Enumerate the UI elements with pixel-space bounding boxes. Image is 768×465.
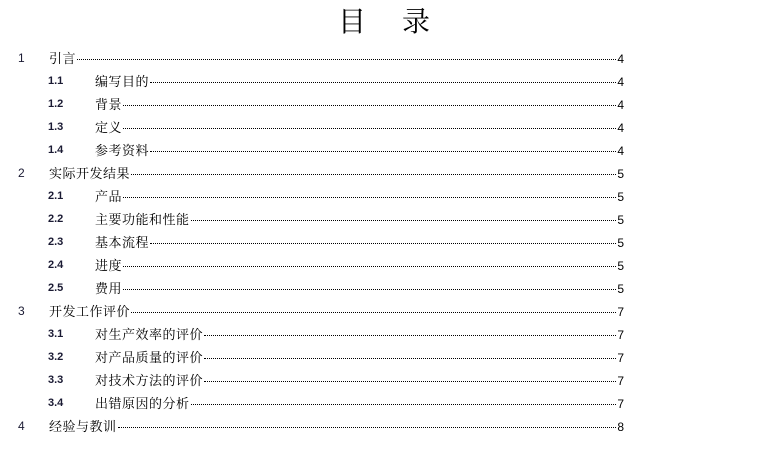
toc-entry-number: 3.3 xyxy=(48,374,63,386)
toc-entry-page: 4 xyxy=(617,52,624,66)
dot-leader xyxy=(123,289,616,290)
dot-leader xyxy=(123,128,616,129)
toc-entry-number: 3 xyxy=(18,304,25,318)
toc-entry-body: 编写目的 4 xyxy=(95,71,624,90)
toc-entry-2-1[interactable]: 2.1 产品 5 xyxy=(0,184,768,207)
toc-entry-2-3[interactable]: 2.3 基本流程 5 xyxy=(0,230,768,253)
dot-leader xyxy=(204,335,616,336)
toc-entry-3-2[interactable]: 3.2 对产品质量的评价 7 xyxy=(0,345,768,368)
toc-title-char-1: 目 xyxy=(338,4,366,40)
toc-entry-number: 1.2 xyxy=(48,98,63,110)
toc-entry-body: 实际开发结果 5 xyxy=(49,163,624,182)
toc-entry-1-4[interactable]: 1.4 参考资料 4 xyxy=(0,138,768,161)
toc-entry-body: 对产品质量的评价 7 xyxy=(95,347,624,366)
dot-leader xyxy=(150,151,616,152)
toc-entry-page: 7 xyxy=(617,397,624,411)
toc-entry-text[interactable]: 经验与教训 xyxy=(49,416,117,435)
toc-entry-body: 基本流程 5 xyxy=(95,232,624,251)
dot-leader xyxy=(204,358,616,359)
toc-entry-number: 2.5 xyxy=(48,282,63,294)
toc-entry-page: 5 xyxy=(617,259,624,273)
toc-entry-number: 1 xyxy=(18,51,25,65)
toc-entry-page: 5 xyxy=(617,213,624,227)
dot-leader xyxy=(131,312,616,313)
toc-entry-page: 7 xyxy=(617,351,624,365)
dot-leader xyxy=(131,174,616,175)
toc-entry-1-2[interactable]: 1.2 背景 4 xyxy=(0,92,768,115)
toc-entry-number: 2.3 xyxy=(48,236,63,248)
toc-entry-number: 2 xyxy=(18,166,25,180)
toc-entry-text[interactable]: 进度 xyxy=(95,255,122,274)
toc-entry-page: 5 xyxy=(617,190,624,204)
toc-entry-text[interactable]: 参考资料 xyxy=(95,140,149,159)
toc-entry-number: 2.2 xyxy=(48,213,63,225)
toc-entry-page: 7 xyxy=(617,328,624,342)
toc-entry-body: 开发工作评价 7 xyxy=(49,301,624,320)
toc-entry-text[interactable]: 基本流程 xyxy=(95,232,149,251)
toc-list: 1 引言 4 1.1 编写目的 4 1.2 背景 4 1.3 定义 4 1.4 xyxy=(0,46,768,437)
toc-entry-3-1[interactable]: 3.1 对生产效率的评价 7 xyxy=(0,322,768,345)
toc-entry-number: 3.2 xyxy=(48,351,63,363)
toc-entry-body: 背景 4 xyxy=(95,94,624,113)
toc-entry-text[interactable]: 对生产效率的评价 xyxy=(95,324,203,343)
toc-entry-text[interactable]: 引言 xyxy=(49,48,76,67)
toc-entry-body: 参考资料 4 xyxy=(95,140,624,159)
toc-entry-number: 1.1 xyxy=(48,75,63,87)
toc-entry-2-2[interactable]: 2.2 主要功能和性能 5 xyxy=(0,207,768,230)
toc-entry-number: 3.1 xyxy=(48,328,63,340)
toc-entry-body: 产品 5 xyxy=(95,186,624,205)
toc-entry-text[interactable]: 定义 xyxy=(95,117,122,136)
toc-entry-page: 7 xyxy=(617,305,624,319)
toc-entry-1-1[interactable]: 1.1 编写目的 4 xyxy=(0,69,768,92)
dot-leader xyxy=(204,381,616,382)
dot-leader xyxy=(77,59,616,60)
toc-entry-page: 5 xyxy=(617,167,624,181)
toc-entry-body: 进度 5 xyxy=(95,255,624,274)
toc-entry-page: 4 xyxy=(617,121,624,135)
toc-entry-number: 2.4 xyxy=(48,259,63,271)
toc-entry-page: 5 xyxy=(617,282,624,296)
toc-entry-text[interactable]: 费用 xyxy=(95,278,122,297)
toc-entry-text[interactable]: 实际开发结果 xyxy=(49,163,130,182)
toc-entry-1[interactable]: 1 引言 4 xyxy=(0,46,768,69)
toc-entry-number: 1.3 xyxy=(48,121,63,133)
toc-entry-body: 费用 5 xyxy=(95,278,624,297)
toc-entry-page: 5 xyxy=(617,236,624,250)
toc-entry-3-3[interactable]: 3.3 对技术方法的评价 7 xyxy=(0,368,768,391)
toc-entry-text[interactable]: 对技术方法的评价 xyxy=(95,370,203,389)
toc-entry-text[interactable]: 开发工作评价 xyxy=(49,301,130,320)
toc-entry-page: 4 xyxy=(617,98,624,112)
toc-entry-body: 对生产效率的评价 7 xyxy=(95,324,624,343)
dot-leader xyxy=(191,220,617,221)
dot-leader xyxy=(191,404,617,405)
toc-entry-number: 3.4 xyxy=(48,397,63,409)
toc-entry-4[interactable]: 4 经验与教训 8 xyxy=(0,414,768,437)
toc-entry-page: 4 xyxy=(617,144,624,158)
toc-entry-3[interactable]: 3 开发工作评价 7 xyxy=(0,299,768,322)
toc-entry-number: 1.4 xyxy=(48,144,63,156)
dot-leader xyxy=(123,197,616,198)
toc-entry-text[interactable]: 主要功能和性能 xyxy=(95,209,190,228)
toc-title: 目录 xyxy=(0,4,768,40)
toc-entry-body: 对技术方法的评价 7 xyxy=(95,370,624,389)
dot-leader xyxy=(150,243,616,244)
toc-title-char-2: 录 xyxy=(402,4,430,40)
toc-entry-text[interactable]: 对产品质量的评价 xyxy=(95,347,203,366)
toc-entry-2-5[interactable]: 2.5 费用 5 xyxy=(0,276,768,299)
toc-entry-2[interactable]: 2 实际开发结果 5 xyxy=(0,161,768,184)
toc-entry-page: 4 xyxy=(617,75,624,89)
toc-entry-page: 8 xyxy=(617,420,624,434)
toc-entry-number: 2.1 xyxy=(48,190,63,202)
toc-entry-body: 引言 4 xyxy=(49,48,624,67)
dot-leader xyxy=(150,82,616,83)
toc-entry-1-3[interactable]: 1.3 定义 4 xyxy=(0,115,768,138)
toc-entry-2-4[interactable]: 2.4 进度 5 xyxy=(0,253,768,276)
toc-entry-page: 7 xyxy=(617,374,624,388)
toc-entry-text[interactable]: 产品 xyxy=(95,186,122,205)
dot-leader xyxy=(118,427,617,428)
toc-entry-body: 经验与教训 8 xyxy=(49,416,624,435)
toc-entry-3-4[interactable]: 3.4 出错原因的分析 7 xyxy=(0,391,768,414)
dot-leader xyxy=(123,266,616,267)
toc-entry-number: 4 xyxy=(18,419,25,433)
toc-entry-text[interactable]: 编写目的 xyxy=(95,71,149,90)
toc-entry-body: 定义 4 xyxy=(95,117,624,136)
toc-entry-body: 主要功能和性能 5 xyxy=(95,209,624,228)
toc-entry-body: 出错原因的分析 7 xyxy=(95,393,624,412)
toc-entry-text[interactable]: 背景 xyxy=(95,94,122,113)
dot-leader xyxy=(123,105,616,106)
toc-entry-text[interactable]: 出错原因的分析 xyxy=(95,393,190,412)
